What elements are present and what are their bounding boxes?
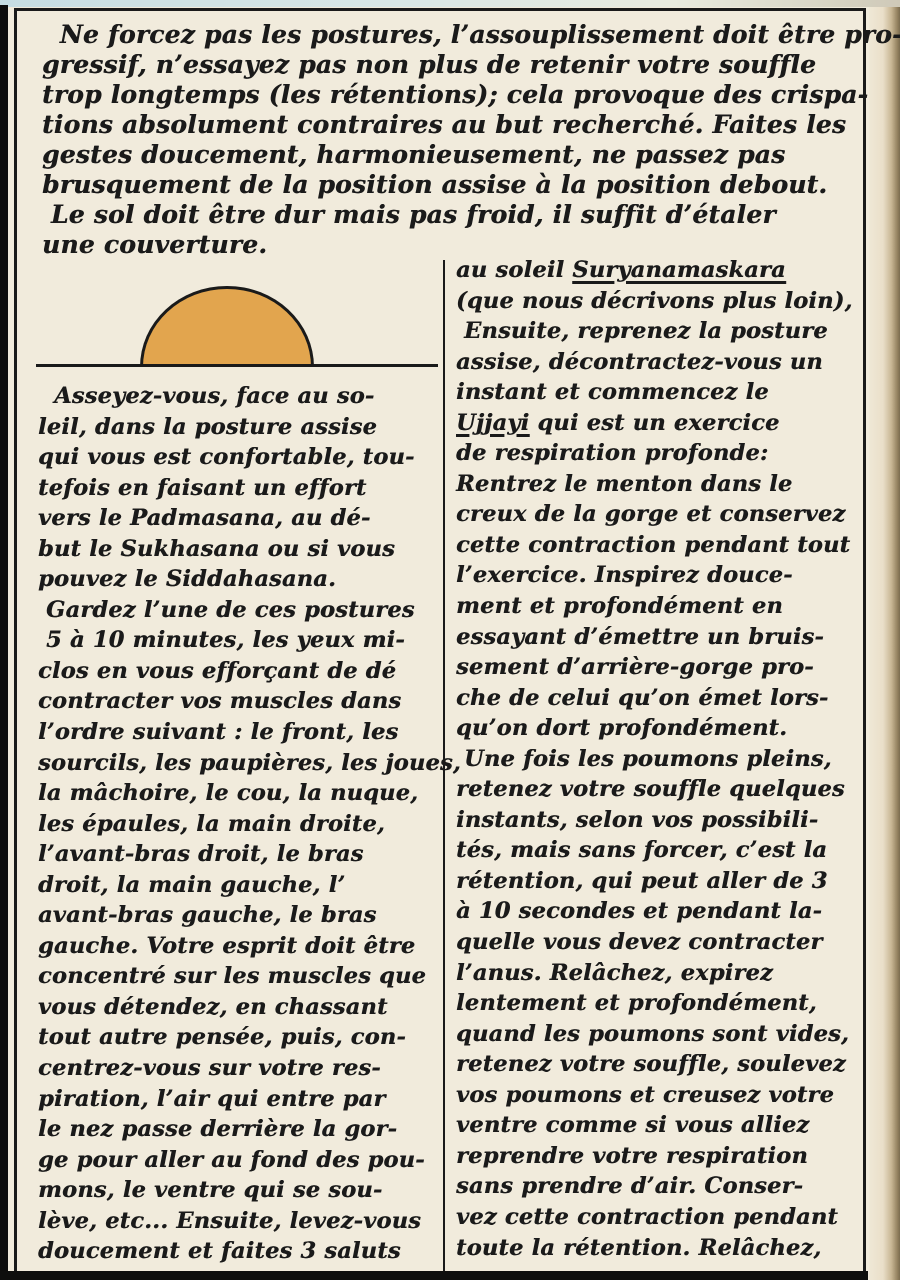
text-line: l’ordre suivant : le front, les — [38, 717, 440, 748]
text-line: Ne forcez pas les postures, l’assoupliss… — [42, 20, 858, 50]
horizon-line — [36, 364, 438, 367]
text-line: Gardez l’une de ces postures — [38, 595, 440, 626]
text-line: centrez-vous sur votre res- — [38, 1053, 440, 1084]
text-line: sement d’arrière-gorge pro- — [456, 652, 866, 683]
text-line: Une fois les poumons pleins, — [456, 744, 866, 775]
scan-top-strip — [0, 0, 900, 7]
text-line: contracter vos muscles dans — [38, 686, 440, 717]
text-line: à 10 secondes et pendant la- — [456, 896, 866, 927]
text-line: droit, la main gauche, l’ — [38, 870, 440, 901]
text-line: doucement et faites 3 saluts — [38, 1236, 440, 1267]
text-line: clos en vous efforçant de dé — [38, 656, 440, 687]
text-line: tout autre pensée, puis, con- — [38, 1022, 440, 1053]
text-line: ventre comme si vous alliez — [456, 1110, 866, 1141]
text-line: vez cette contraction pendant — [456, 1202, 866, 1233]
text-line: tefois en faisant un effort — [38, 473, 440, 504]
right-text-column: au soleil Suryanamaskara(que nous décriv… — [456, 255, 866, 1263]
text-line: mons, le ventre qui se sou- — [38, 1175, 440, 1206]
text-line: l’anus. Relâchez, expirez — [456, 958, 866, 989]
text-line: but le Sukhasana ou si vous — [38, 534, 440, 565]
text-line: rétention, qui peut aller de 3 — [456, 866, 866, 897]
text-line: cette contraction pendant tout — [456, 530, 866, 561]
text-line: avant-bras gauche, le bras — [38, 900, 440, 931]
text-line: leil, dans la posture assise — [38, 412, 440, 443]
text-line: trop longtemps (les rétentions); cela pr… — [42, 80, 858, 110]
text-line: toute la rétention. Relâchez, — [456, 1233, 866, 1264]
text-line: ge pour aller au fond des pou- — [38, 1145, 440, 1176]
text-line: vous détendez, en chassant — [38, 992, 440, 1023]
text-line: Ujjayi qui est un exercice — [456, 408, 866, 439]
text-line: gauche. Votre esprit doit être — [38, 931, 440, 962]
text-line: de respiration profonde: — [456, 438, 866, 469]
text-line: Asseyez-vous, face au so- — [38, 381, 440, 412]
text-line: l’avant-bras droit, le bras — [38, 839, 440, 870]
text-line: sourcils, les paupières, les joues, — [38, 748, 440, 779]
text-line: instants, selon vos possibili- — [456, 805, 866, 836]
text-line: 5 à 10 minutes, les yeux mi- — [38, 625, 440, 656]
text-line: retenez votre souffle quelques — [456, 774, 866, 805]
text-line: assise, décontractez-vous un — [456, 347, 866, 378]
text-line: tés, mais sans forcer, c’est la — [456, 835, 866, 866]
text-line: qui vous est confortable, tou- — [38, 442, 440, 473]
text-line: vers le Padmasana, au dé- — [38, 503, 440, 534]
intro-paragraph: Ne forcez pas les postures, l’assoupliss… — [42, 20, 858, 260]
text-line: lève, etc... Ensuite, levez-vous — [38, 1206, 440, 1237]
text-line: les épaules, la main droite, — [38, 809, 440, 840]
text-line: au soleil Suryanamaskara — [456, 255, 866, 286]
scan-left-edge — [0, 5, 8, 1280]
text-line: Ensuite, reprenez la posture — [456, 316, 866, 347]
text-line: qu’on dort profondément. — [456, 713, 866, 744]
text-line: quand les poumons sont vides, — [456, 1019, 866, 1050]
left-text-column: Asseyez-vous, face au so-leil, dans la p… — [38, 381, 440, 1267]
text-line: sans prendre d’air. Conser- — [456, 1171, 866, 1202]
scanned-book-page: Ne forcez pas les postures, l’assoupliss… — [0, 0, 900, 1280]
text-line: la mâchoire, le cou, la nuque, — [38, 778, 440, 809]
text-line: ment et profondément en — [456, 591, 866, 622]
text-line: reprendre votre respiration — [456, 1141, 866, 1172]
text-line: l’exercice. Inspirez douce- — [456, 560, 866, 591]
text-line: le nez passe derrière la gor- — [38, 1114, 440, 1145]
text-line: concentré sur les muscles que — [38, 961, 440, 992]
text-line: instant et commencez le — [456, 377, 866, 408]
column-divider-line — [443, 260, 445, 1273]
page-curl-shadow — [869, 0, 900, 1280]
text-line: pouvez le Siddahasana. — [38, 564, 440, 595]
text-line: (que nous décrivons plus loin), — [456, 286, 866, 317]
text-line: gestes doucement, harmonieusement, ne pa… — [42, 140, 858, 170]
text-line: creux de la gorge et conservez — [456, 499, 866, 530]
text-line: tions absolument contraires au but reche… — [42, 110, 858, 140]
text-line: brusquement de la position assise à la p… — [42, 170, 858, 200]
text-line: lentement et profondément, — [456, 988, 866, 1019]
text-line: piration, l’air qui entre par — [38, 1084, 440, 1115]
text-line: retenez votre souffle, soulevez — [456, 1049, 866, 1080]
scan-bottom-edge — [0, 1271, 868, 1280]
text-line: quelle vous devez contracter — [456, 927, 866, 958]
text-line: che de celui qu’on émet lors- — [456, 683, 866, 714]
text-line: essayant d’émettre un bruis- — [456, 622, 866, 653]
text-line: vos poumons et creusez votre — [456, 1080, 866, 1111]
text-line: Rentrez le menton dans le — [456, 469, 866, 500]
text-line: Le sol doit être dur mais pas froid, il … — [42, 200, 858, 230]
text-line: gressif, n’essayez pas non plus de reten… — [42, 50, 858, 80]
